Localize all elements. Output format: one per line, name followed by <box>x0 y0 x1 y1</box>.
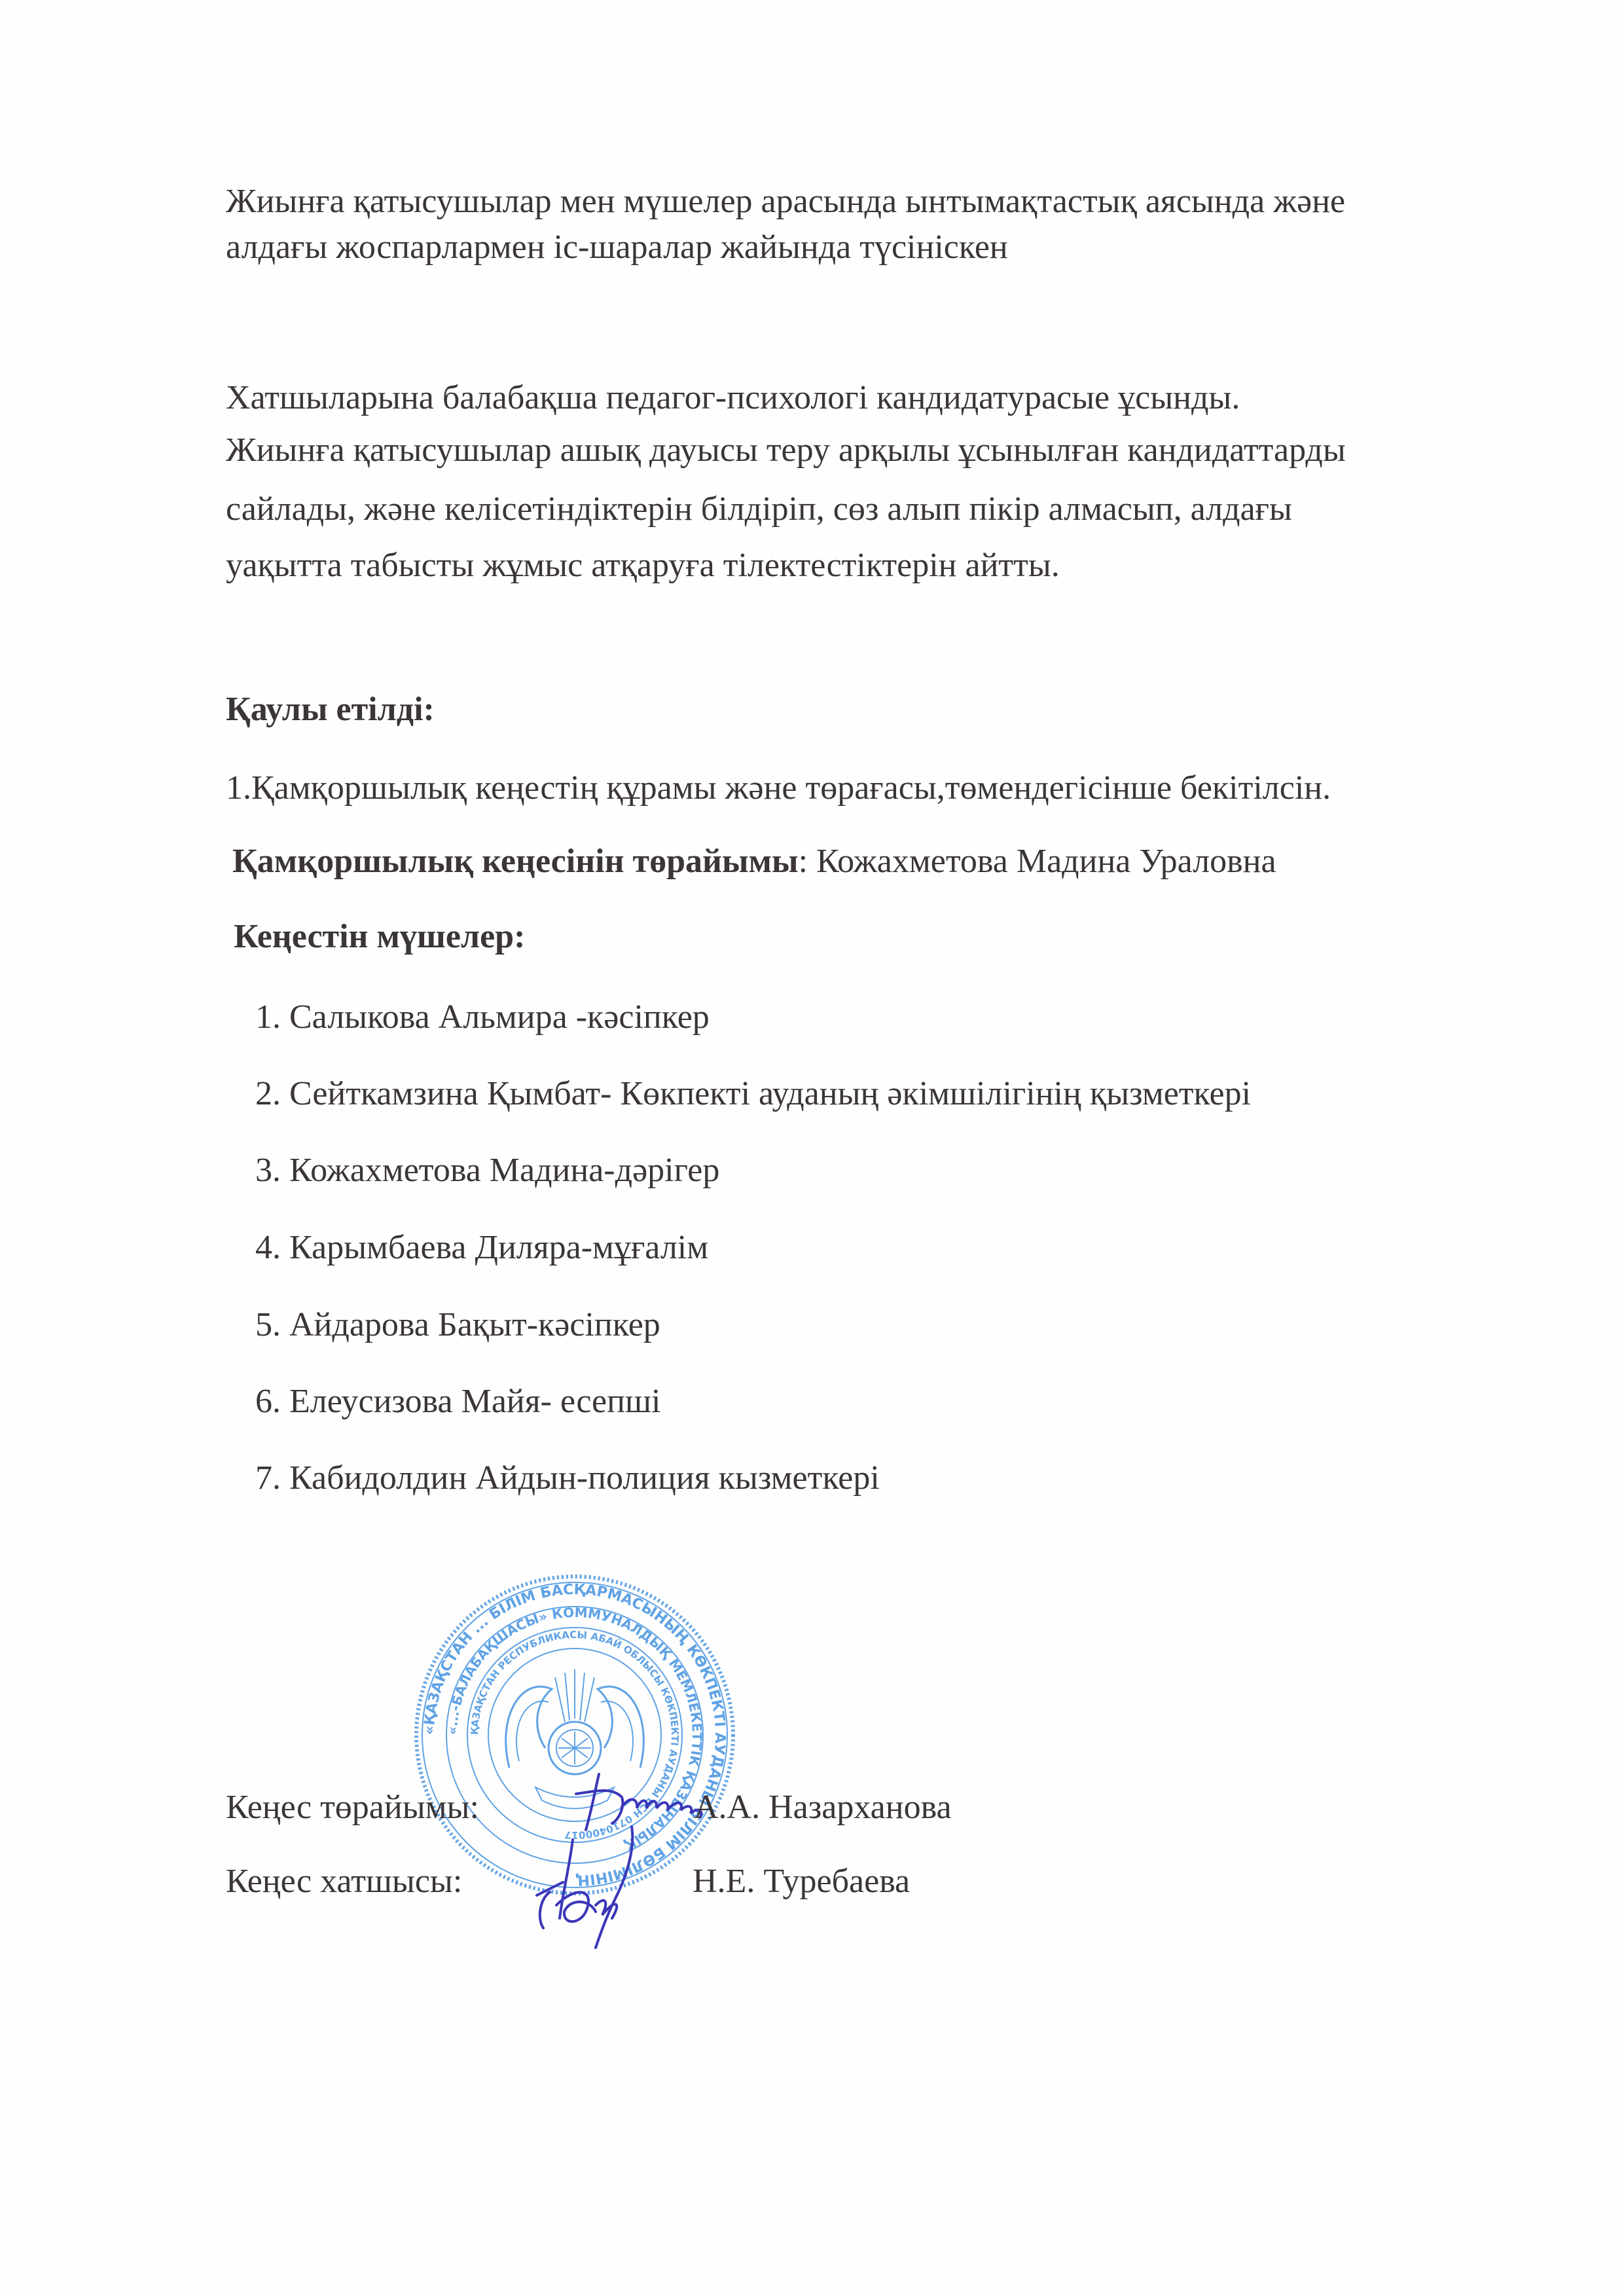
member-text: Кожахметова Мадина-дәрігер <box>289 1152 719 1189</box>
member-text: Кабидолдин Айдын-полиция кызметкері <box>289 1459 880 1497</box>
resolution-item-1: 1.Қамқоршылық кеңестің құрамы және төрағ… <box>226 771 1331 805</box>
secretary-signature-role: Кеңес хатшысы: <box>226 1865 462 1899</box>
member-item: 3.Кожахметова Мадина-дәрігер <box>255 1154 719 1188</box>
member-text: Салыкова Альмира -кәсіпкер <box>289 998 710 1036</box>
resolution-heading: Қаулы етілді: <box>226 693 435 727</box>
chair-line: Қамқоршылық кеңесінін төрайымы: Кожахмет… <box>232 845 1276 879</box>
member-item: 4.Карымбаева Диляра-мұғалім <box>255 1231 708 1265</box>
member-number: 5. <box>255 1308 289 1342</box>
member-text: Айдарова Бақыт-кәсіпкер <box>289 1306 660 1343</box>
member-number: 6. <box>255 1385 289 1419</box>
secretary-line-3: сайлады, және келісетіндіктерін білдіріп… <box>226 492 1292 526</box>
member-text: Сейткамзина Қымбат- Көкпекті ауданың әкі… <box>289 1075 1251 1112</box>
intro-line-2: алдағы жоспарлармен іс-шаралар жайында т… <box>226 230 1008 264</box>
member-text: Карымбаева Диляра-мұғалім <box>289 1229 708 1266</box>
members-heading: Кеңестін мүшелер: <box>234 920 525 954</box>
intro-line-1: Жиынға қатысушылар мен мүшелер арасында … <box>226 185 1345 219</box>
document-page: Жиынға қатысушылар мен мүшелер арасында … <box>0 0 1624 2296</box>
member-item: 7.Кабидолдин Айдын-полиция кызметкері <box>255 1461 880 1495</box>
secretary-line-2: Жиынға қатысушылар ашық дауысы теру арқы… <box>226 433 1346 467</box>
chair-label: Қамқоршылық кеңесінін төрайымы <box>232 843 799 880</box>
chair-signature-name: А.А. Назарханова <box>694 1791 952 1825</box>
member-item: 5.Айдарова Бақыт-кәсіпкер <box>255 1308 660 1342</box>
chair-separator: : <box>799 843 816 880</box>
secretary-signature-name: Н.Е. Туребаева <box>693 1865 910 1899</box>
secretary-signature-icon <box>524 1820 674 1951</box>
member-number: 7. <box>255 1461 289 1495</box>
chair-name: Кожахметова Мадина Ураловна <box>816 843 1276 880</box>
secretary-line-1: Хатшыларына балабақша педагог-психологі … <box>226 381 1240 415</box>
member-item: 6.Елеусизова Майя- есепші <box>255 1385 660 1419</box>
member-item: 2.Сейткамзина Қымбат- Көкпекті ауданың ә… <box>255 1077 1251 1111</box>
member-text: Елеусизова Майя- есепші <box>289 1383 660 1420</box>
member-number: 3. <box>255 1154 289 1188</box>
chair-signature-role: Кеңес төрайымы: <box>226 1791 479 1825</box>
member-item: 1.Салыкова Альмира -кәсіпкер <box>255 1000 710 1034</box>
secretary-line-4: уақытта табысты жұмыс атқаруға тілектест… <box>226 549 1060 583</box>
member-number: 4. <box>255 1231 289 1265</box>
member-number: 1. <box>255 1000 289 1034</box>
member-number: 2. <box>255 1077 289 1111</box>
